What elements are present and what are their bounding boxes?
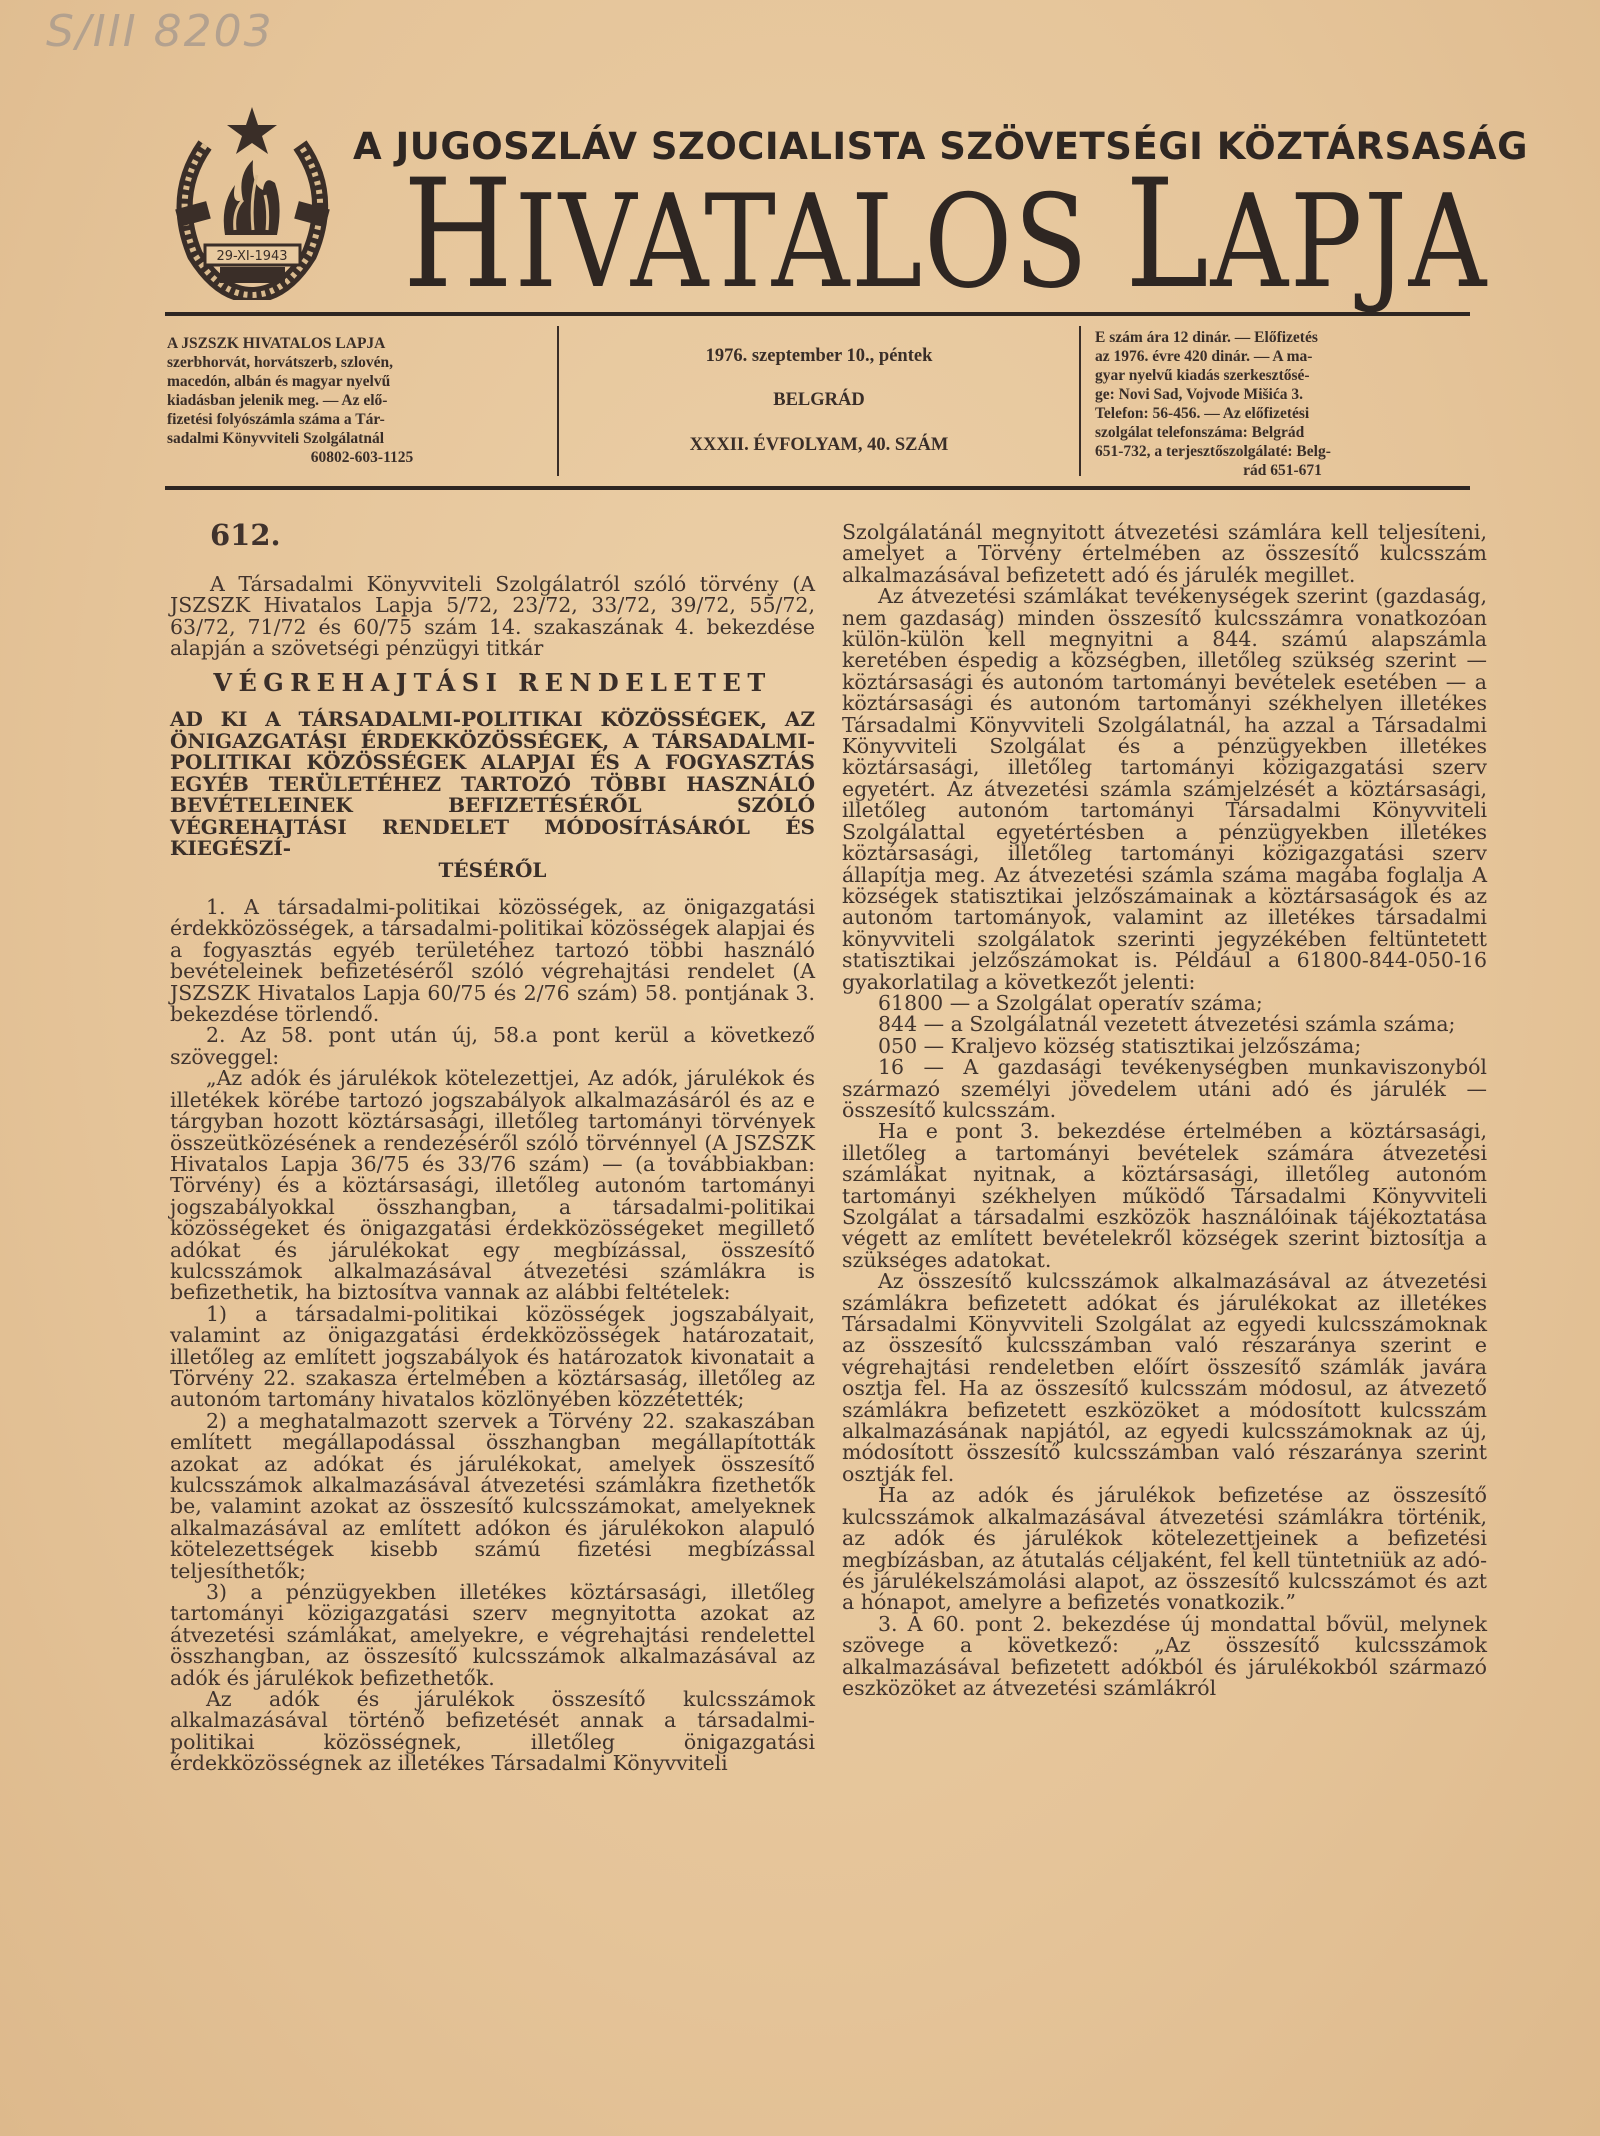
svg-text:29-XI-1943: 29-XI-1943 [216, 249, 287, 264]
article-number: 612. [210, 520, 815, 550]
publication-notice: A JSZSZK HIVATALOS LAPJA szerbhorvát, ho… [165, 316, 557, 486]
paragraph: Ha az adók és járulékok befizetése az ös… [842, 1485, 1487, 1613]
paragraph: Ha e pont 3. bekezdése értelmében a közt… [842, 1121, 1487, 1271]
paragraph: 844 — a Szolgálatnál vezetett átvezetési… [842, 1014, 1487, 1035]
paragraph: Szolgálatánál megnyitott átvezetési szám… [842, 522, 1487, 586]
paragraph: 3. A 60. pont 2. bekezdése új mondattal … [842, 1614, 1487, 1700]
paragraph: Az adók és járulékok összesítő kulcsszám… [170, 1689, 815, 1775]
paragraph: 61800 — a Szolgálat operatív száma; [842, 993, 1487, 1014]
masthead-title: HIVATALOS LAPJA [403, 165, 1488, 313]
paragraph: 16 — A gazdasági tevékenységben munkavis… [842, 1057, 1487, 1121]
article-intro: A Társadalmi Könyvviteli Szolgálatról sz… [170, 574, 815, 660]
subscription-info: E szám ára 12 dinár. — Előfizetés az 197… [1081, 316, 1470, 486]
issue-volume-number: XXXII. ÉVFOLYAM, 40. SZÁM [690, 436, 949, 455]
article-column-right: Szolgálatánál megnyitott átvezetési szám… [842, 522, 1487, 1699]
yugoslav-coat-of-arms-icon: 29-XI-1943 [165, 105, 340, 300]
article-column-left: 612. A Társadalmi Könyvviteli Szolgálatr… [170, 520, 815, 1775]
decree-subtitle: AD KI A TÁRSADALMI-POLITIKAI KÖZÖSSÉGEK,… [170, 709, 815, 881]
paragraph: 1) a társadalmi-politikai közösségek jog… [170, 1304, 815, 1411]
decree-title: VÉGREHAJTÁSI RENDELETET [170, 672, 815, 693]
account-number: 60802-603-1125 [167, 448, 557, 467]
paragraph: „Az adók és járulékok kötelezettjei, Az … [170, 1068, 815, 1303]
masthead: 29-XI-1943 A JUGOSZLÁV SZOCIALISTA SZÖVE… [165, 105, 1465, 305]
issue-city: BELGRÁD [773, 391, 865, 410]
issue-date: 1976. szeptember 10., péntek [706, 347, 933, 366]
paragraph: 2. Az 58. pont után új, 58.a pont kerül … [170, 1025, 815, 1068]
paragraph: 3) a pénzügyekben illetékes köztársasági… [170, 1582, 815, 1689]
paragraph: 1. A társadalmi-politikai közösségek, az… [170, 897, 815, 1025]
issue-info-bar: A JSZSZK HIVATALOS LAPJA szerbhorvát, ho… [165, 312, 1470, 490]
paragraph: 050 — Kraljevo község statisztikai jelző… [842, 1036, 1487, 1057]
paragraph: 2) a meghatalmazott szervek a Törvény 22… [170, 1411, 815, 1582]
archive-handwritten-mark: S/III 8203 [46, 6, 274, 57]
masthead-subtitle: A JUGOSZLÁV SZOCIALISTA SZÖVETSÉGI KÖZTÁ… [353, 125, 1528, 168]
issue-details: 1976. szeptember 10., péntek BELGRÁD XXX… [557, 326, 1081, 476]
paragraph: Az összesítő kulcsszámok alkalmazásával … [842, 1271, 1487, 1485]
paragraph: Az átvezetési számlákat tevékenységek sz… [842, 586, 1487, 993]
